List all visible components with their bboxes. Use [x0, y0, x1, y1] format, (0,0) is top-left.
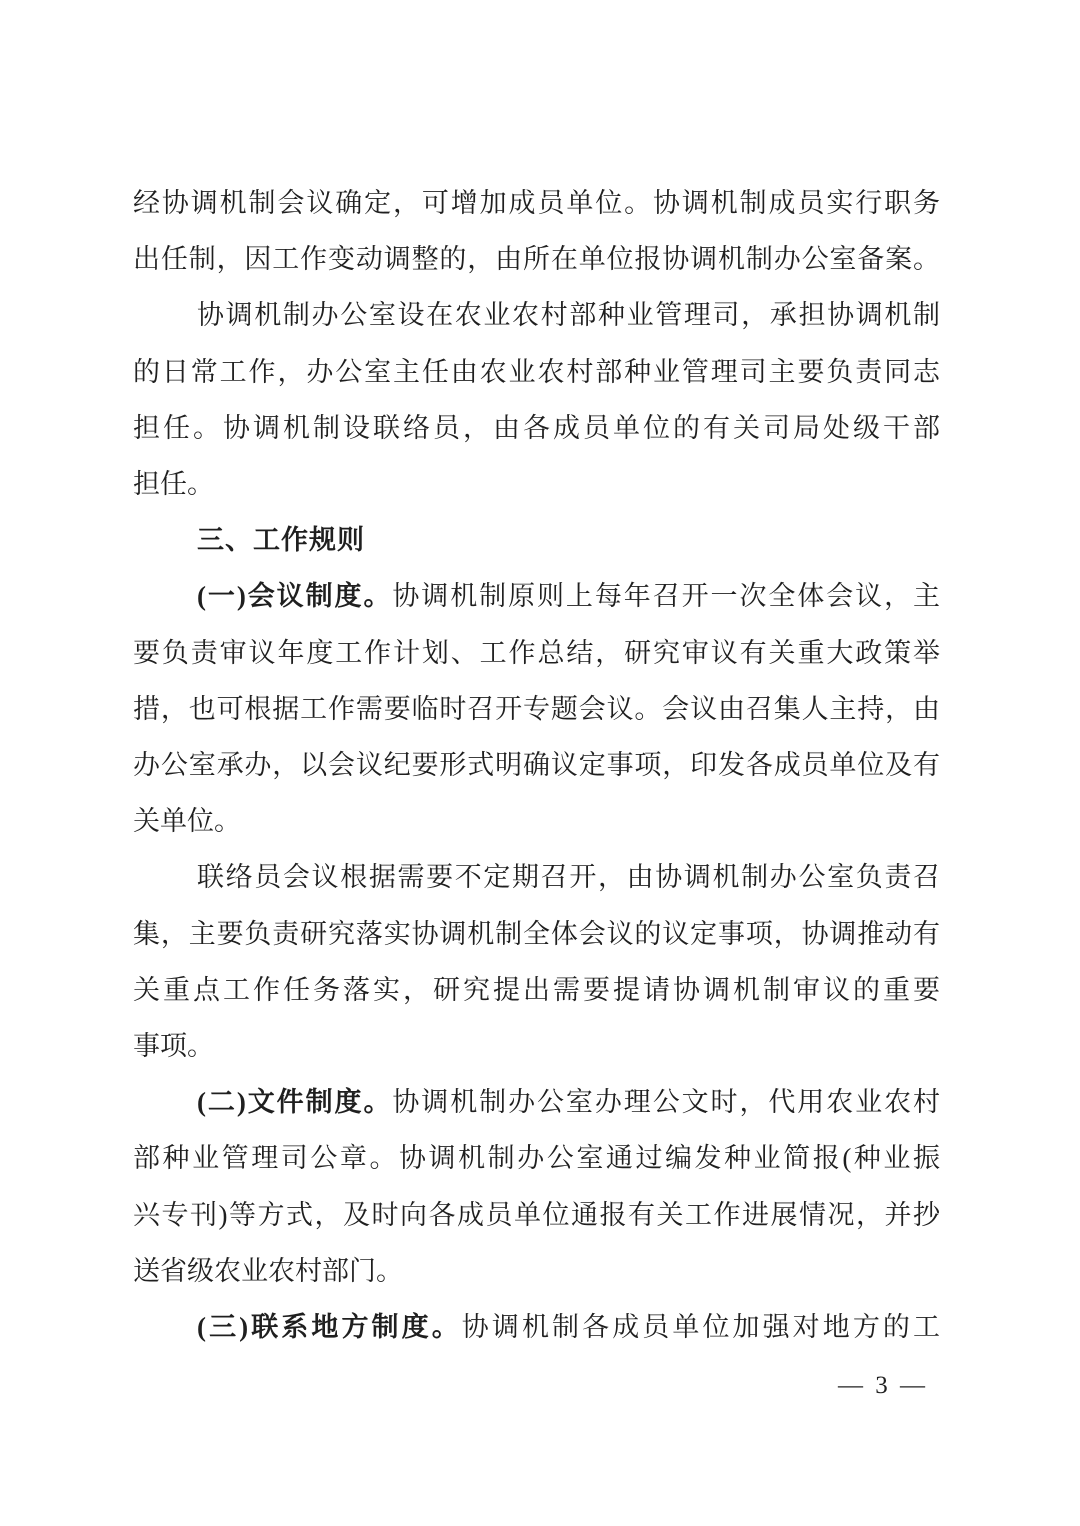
text-line: 关重点工作任务落实，研究提出需要提请协调机制审议的重要: [133, 962, 940, 1018]
text-line: 部种业管理司公章。协调机制办公室通过编发种业简报(种业振: [133, 1130, 940, 1186]
text-line: 关单位。: [133, 793, 940, 849]
text-line: 措，也可根据工作需要临时召开专题会议。会议由召集人主持，由: [133, 681, 940, 737]
clause-label-meeting-system: (一)会议制度。: [197, 581, 392, 611]
text-line: 经协调机制会议确定，可增加成员单位。协调机制成员实行职务: [133, 175, 940, 231]
text-line: 集，主要负责研究落实协调机制全体会议的议定事项，协调推动有: [133, 906, 940, 962]
line-text: 经协调机制会议确定，可增加成员单位。协调机制成员实行职务: [133, 188, 940, 218]
line-text: 关单位。: [133, 806, 241, 836]
text-line: 担任。协调机制设联络员，由各成员单位的有关司局处级干部: [133, 400, 940, 456]
clause-label-local-contact-system: (三)联系地方制度。: [197, 1312, 462, 1342]
line-text: 担任。: [133, 469, 214, 499]
line-text: 出任制，因工作变动调整的，由所在单位报协调机制办公室备案。: [133, 244, 940, 274]
text-line: 送省级农业农村部门。: [133, 1243, 940, 1299]
line-text: 关重点工作任务落实，研究提出需要提请协调机制审议的重要: [133, 975, 940, 1005]
text-line: (一)会议制度。协调机制原则上每年召开一次全体会议，主: [133, 568, 940, 624]
line-text: 担任。协调机制设联络员，由各成员单位的有关司局处级干部: [133, 413, 940, 443]
document-page: 经协调机制会议确定，可增加成员单位。协调机制成员实行职务 出任制，因工作变动调整…: [0, 0, 1080, 1526]
document-body: 经协调机制会议确定，可增加成员单位。协调机制成员实行职务 出任制，因工作变动调整…: [133, 175, 940, 1355]
text-line: 要负责审议年度工作计划、工作总结，研究审议有关重大政策举: [133, 625, 940, 681]
text-line: 的日常工作，办公室主任由农业农村部种业管理司主要负责同志: [133, 344, 940, 400]
text-line: 事项。: [133, 1018, 940, 1074]
text-line: 联络员会议根据需要不定期召开，由协调机制办公室负责召: [133, 849, 940, 905]
text-line: 担任。: [133, 456, 940, 512]
line-text: 联络员会议根据需要不定期召开，由协调机制办公室负责召: [197, 862, 940, 892]
page-number: — 3 —: [838, 1372, 928, 1400]
line-text: 措，也可根据工作需要临时召开专题会议。会议由召集人主持，由: [133, 694, 940, 724]
line-text: 要负责审议年度工作计划、工作总结，研究审议有关重大政策举: [133, 638, 940, 668]
text-line: (二)文件制度。协调机制办公室办理公文时，代用农业农村: [133, 1074, 940, 1130]
line-text: 协调机制原则上每年召开一次全体会议，主: [392, 581, 940, 611]
line-text: 集，主要负责研究落实协调机制全体会议的议定事项，协调推动有: [133, 919, 940, 949]
line-text: 事项。: [133, 1031, 214, 1061]
text-line: 协调机制办公室设在农业农村部种业管理司，承担协调机制: [133, 287, 940, 343]
text-line: 兴专刊)等方式，及时向各成员单位通报有关工作进展情况，并抄: [133, 1187, 940, 1243]
text-line: (三)联系地方制度。协调机制各成员单位加强对地方的工: [133, 1299, 940, 1355]
text-line: 出任制，因工作变动调整的，由所在单位报协调机制办公室备案。: [133, 231, 940, 287]
line-text: 的日常工作，办公室主任由农业农村部种业管理司主要负责同志: [133, 357, 940, 387]
line-text: 送省级农业农村部门。: [133, 1256, 403, 1286]
text-line: 办公室承办，以会议纪要形式明确议定事项，印发各成员单位及有: [133, 737, 940, 793]
clause-label-document-system: (二)文件制度。: [197, 1087, 392, 1117]
line-text: 协调机制办公室设在农业农村部种业管理司，承担协调机制: [197, 300, 940, 330]
heading-text: 三、工作规则: [197, 525, 365, 555]
line-text: 办公室承办，以会议纪要形式明确议定事项，印发各成员单位及有: [133, 750, 940, 780]
line-text: 协调机制各成员单位加强对地方的工: [462, 1312, 940, 1342]
section-heading-work-rules: 三、工作规则: [133, 512, 940, 568]
line-text: 兴专刊)等方式，及时向各成员单位通报有关工作进展情况，并抄: [133, 1200, 940, 1230]
line-text: 部种业管理司公章。协调机制办公室通过编发种业简报(种业振: [133, 1143, 940, 1173]
line-text: 协调机制办公室办理公文时，代用农业农村: [392, 1087, 940, 1117]
